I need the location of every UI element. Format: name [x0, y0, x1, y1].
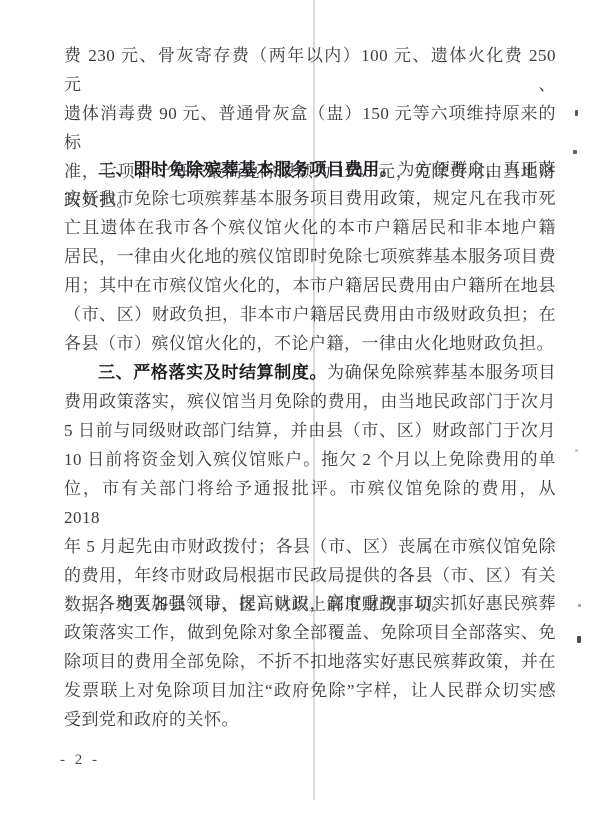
text-line: （市、区）财政负担，非本市户籍居民费用由市级财政负担；在 — [64, 300, 556, 329]
text-line: 三、严格落实及时结算制度。为确保免除殡葬基本服务项目 — [64, 358, 556, 387]
text-line: 发票联上对免除项目加注“政府免除”字样，让人民群众切实感 — [64, 676, 556, 705]
text-line: 费 230 元、骨灰寄存费（两年以内）100 元、遗体火化费 250 元、 — [64, 41, 556, 99]
text-line: 年 5 月起先由市财政拨付；各县（市、区）丧属在市殡仪馆免除 — [64, 532, 556, 561]
text-line: 位，市有关部门将给予通报批评。市殡仪馆免除的费用，从 2018 — [64, 474, 556, 532]
scan-speck — [575, 449, 578, 452]
text-line: 各地要加强领导，提高认识，高度重视，切实抓好惠民殡葬 — [64, 589, 556, 618]
para-immediate-exemption: 二、即时免除殡葬基本服务项目费用。为方便群众，真正落实好我市免除七项殡葬基本服务… — [64, 155, 556, 358]
scan-speck — [575, 110, 578, 116]
scanned-document-page: 费 230 元、骨灰寄存费（两年以内）100 元、遗体火化费 250 元、遗体消… — [0, 0, 593, 813]
section-heading: 二、即时免除殡葬基本服务项目费用。 — [98, 160, 398, 179]
text-line: 各县（市）殡仪馆火化的，不论户籍，一律由火化地财政负担。 — [64, 329, 556, 358]
text-line: 的费用，年终市财政局根据市民政局提供的各县（市、区）有关 — [64, 561, 556, 590]
page-number: - 2 - — [60, 752, 100, 769]
text-line: 费用政策落实，殡仪馆当月免除的费用，由当地民政部门于次月 — [64, 387, 556, 416]
text-line: 5 日前与同级财政部门结算，并由县（市、区）财政部门于次月 — [64, 416, 556, 445]
scan-speck — [577, 636, 581, 643]
text-line: 实好我市免除七项殡葬基本服务项目费用政策，规定凡在我市死 — [64, 184, 556, 213]
text-line: 用；其中在市殡仪馆火化的，本市户籍居民费用由户籍所在地县 — [64, 271, 556, 300]
text-line: 亡且遗体在我市各个殡仪馆火化的本市户籍居民和非本地户籍 — [64, 213, 556, 242]
para-closing-requirements: 各地要加强领导，提高认识，高度重视，切实抓好惠民殡葬政策落实工作，做到免除对象全… — [64, 589, 556, 734]
text-line: 除项目的费用全部免除，不折不扣地落实好惠民殡葬政策，并在 — [64, 647, 556, 676]
para-settlement-system: 三、严格落实及时结算制度。为确保免除殡葬基本服务项目费用政策落实，殡仪馆当月免除… — [64, 358, 556, 619]
text-line: 受到党和政府的关怀。 — [64, 705, 556, 734]
text-line: 二、即时免除殡葬基本服务项目费用。为方便群众，真正落 — [64, 155, 556, 184]
text-line: 遗体消毒费 90 元、普通骨灰盒（盅）150 元等六项维持原来的标 — [64, 99, 556, 157]
text-line: 居民，一律由火化地的殡仪馆即时免除七项殡葬基本服务项目费 — [64, 242, 556, 271]
scan-speck — [578, 604, 581, 607]
scan-speck — [573, 150, 577, 154]
text-line: 10 日前将资金划入殡仪馆账户。拖欠 2 个月以上免除费用的单 — [64, 445, 556, 474]
section-heading: 三、严格落实及时结算制度。 — [98, 363, 327, 382]
text-line: 政策落实工作，做到免除对象全部覆盖、免除项目全部落实、免 — [64, 618, 556, 647]
